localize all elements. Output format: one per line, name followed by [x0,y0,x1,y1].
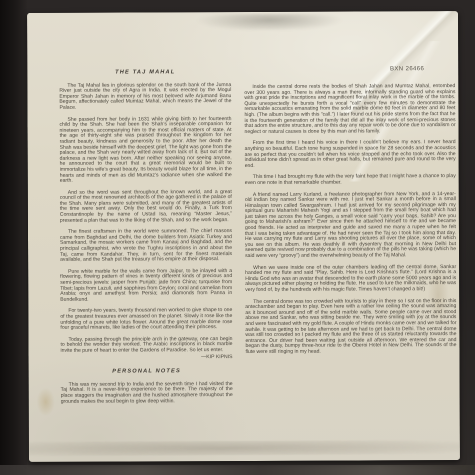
personal-notes-heading: PERSONAL NOTES [61,369,233,375]
article-paragraph: The finest craftsmen in the world were s… [60,229,232,263]
article-paragraph: This time I had brought my flute with th… [245,174,456,186]
album-spine [0,0,27,475]
author-attribution: —KIP KIPNIS [61,355,233,361]
album-title-heading: THE TAJ MAHAL [59,70,231,76]
article-paragraph: The central dome was too crowded with to… [245,299,456,356]
article-paragraph: Today, passing through the principle arc… [60,337,232,361]
personal-notes-paragraph: This was my second trip to India and the… [61,382,233,405]
table-surface-edge [0,465,475,475]
article-paragraph: Pure white marble for the walls came fro… [60,269,232,303]
paragraph-text: Today, passing through the principle arc… [60,336,232,354]
article-paragraph: A friend named Larry Kurland, a freelanc… [245,192,456,260]
album-back-cover: BXN 26466 THE TAJ MAHAL The Taj Mahal li… [27,11,460,462]
article-paragraph: The Taj Mahal lies in glorious splendor … [59,83,231,112]
left-edge-stain [33,382,59,422]
column-right: Inside the central dome rests the bodies… [244,69,456,410]
article-paragraph: When we were inside one of the outer cha… [245,265,456,294]
article-paragraph: From the first time I heard his voice in… [245,140,456,169]
photo-background: BXN 26466 THE TAJ MAHAL The Taj Mahal li… [0,0,475,475]
article-paragraph: And so the word was sent throughout the … [60,190,232,224]
article-paragraph: Inside the central dome rests the bodies… [244,84,455,135]
cover-content: BXN 26466 THE TAJ MAHAL The Taj Mahal li… [59,31,456,454]
column-left: THE TAJ MAHAL The Taj Mahal lies in glor… [59,70,232,411]
article-paragraph: She passed from her body in 1631 while g… [59,117,231,185]
article-paragraph: For twenty-two years, twenty thousand me… [60,308,232,331]
